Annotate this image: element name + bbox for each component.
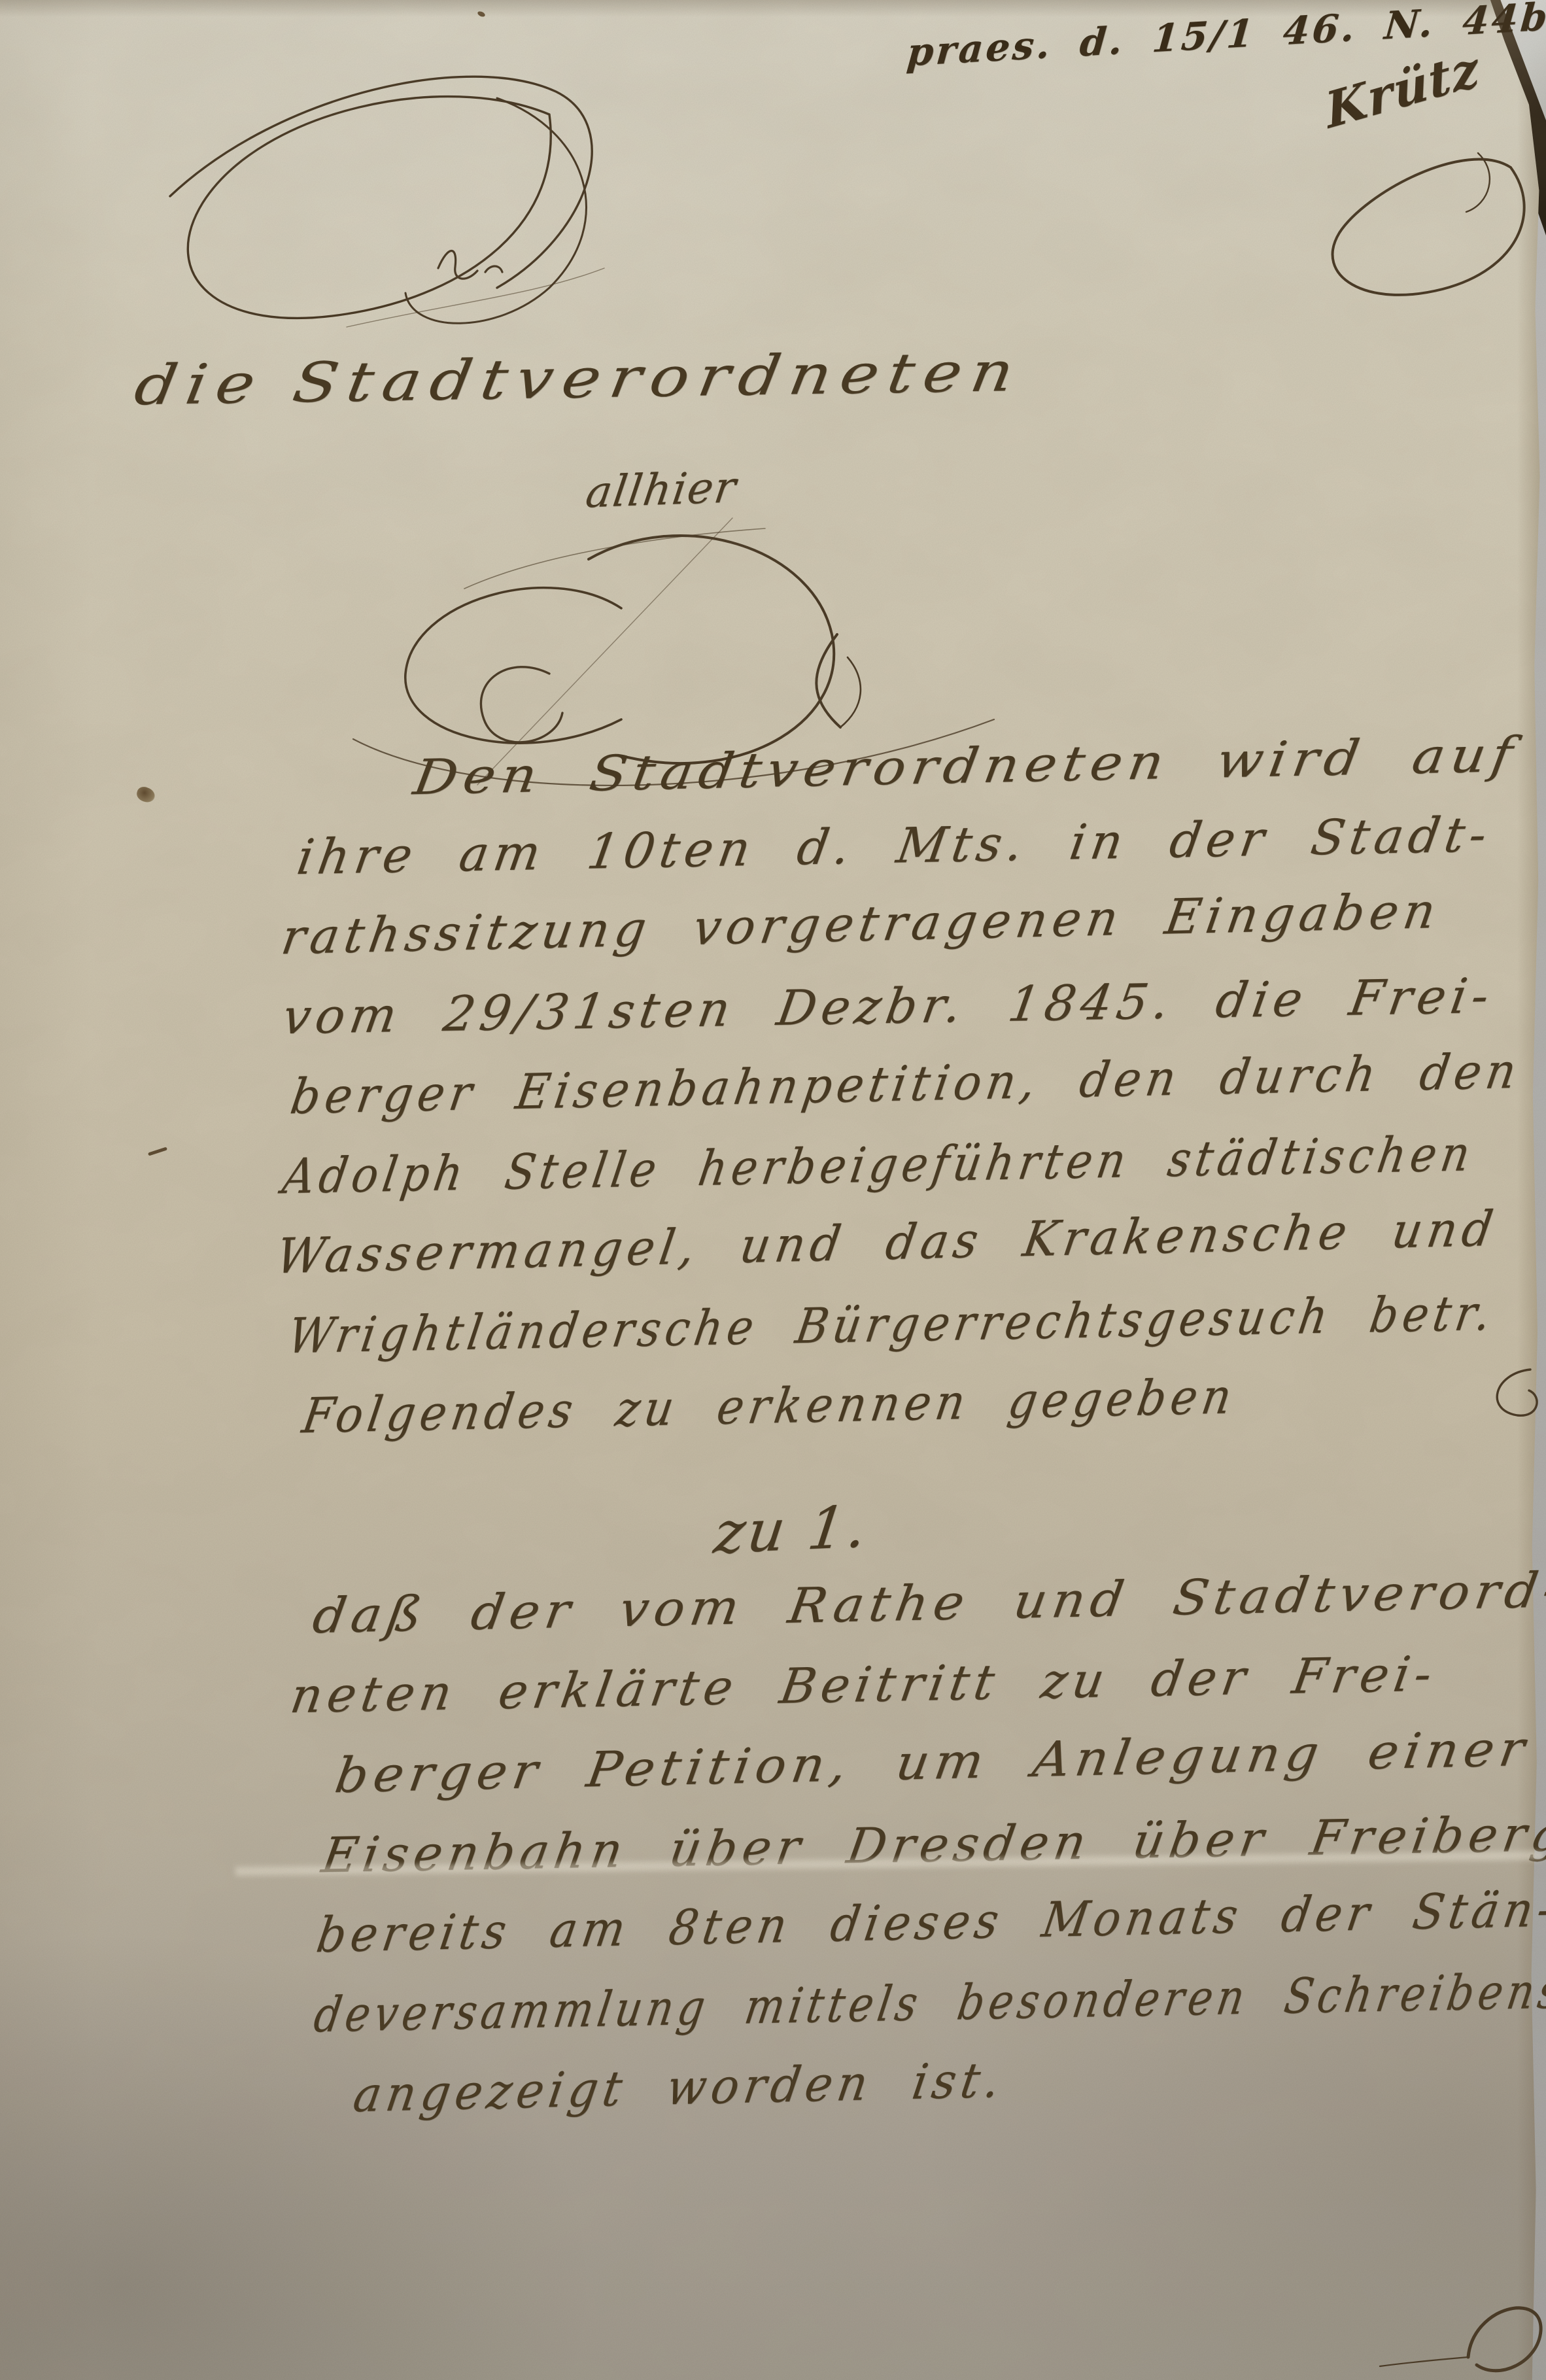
address-line: allhier xyxy=(583,462,740,517)
section-heading: zu 1. xyxy=(710,1492,872,1567)
signature-flourish xyxy=(1303,149,1538,306)
photographed-manuscript: praes. d. 15/1 46. N. 44b. Krütz An die … xyxy=(0,0,1546,2380)
page-corner-mark: 9 xyxy=(1328,2263,1546,2380)
salutation-an-flourish: An xyxy=(131,52,628,392)
margin-flourish xyxy=(1479,1364,1545,1423)
